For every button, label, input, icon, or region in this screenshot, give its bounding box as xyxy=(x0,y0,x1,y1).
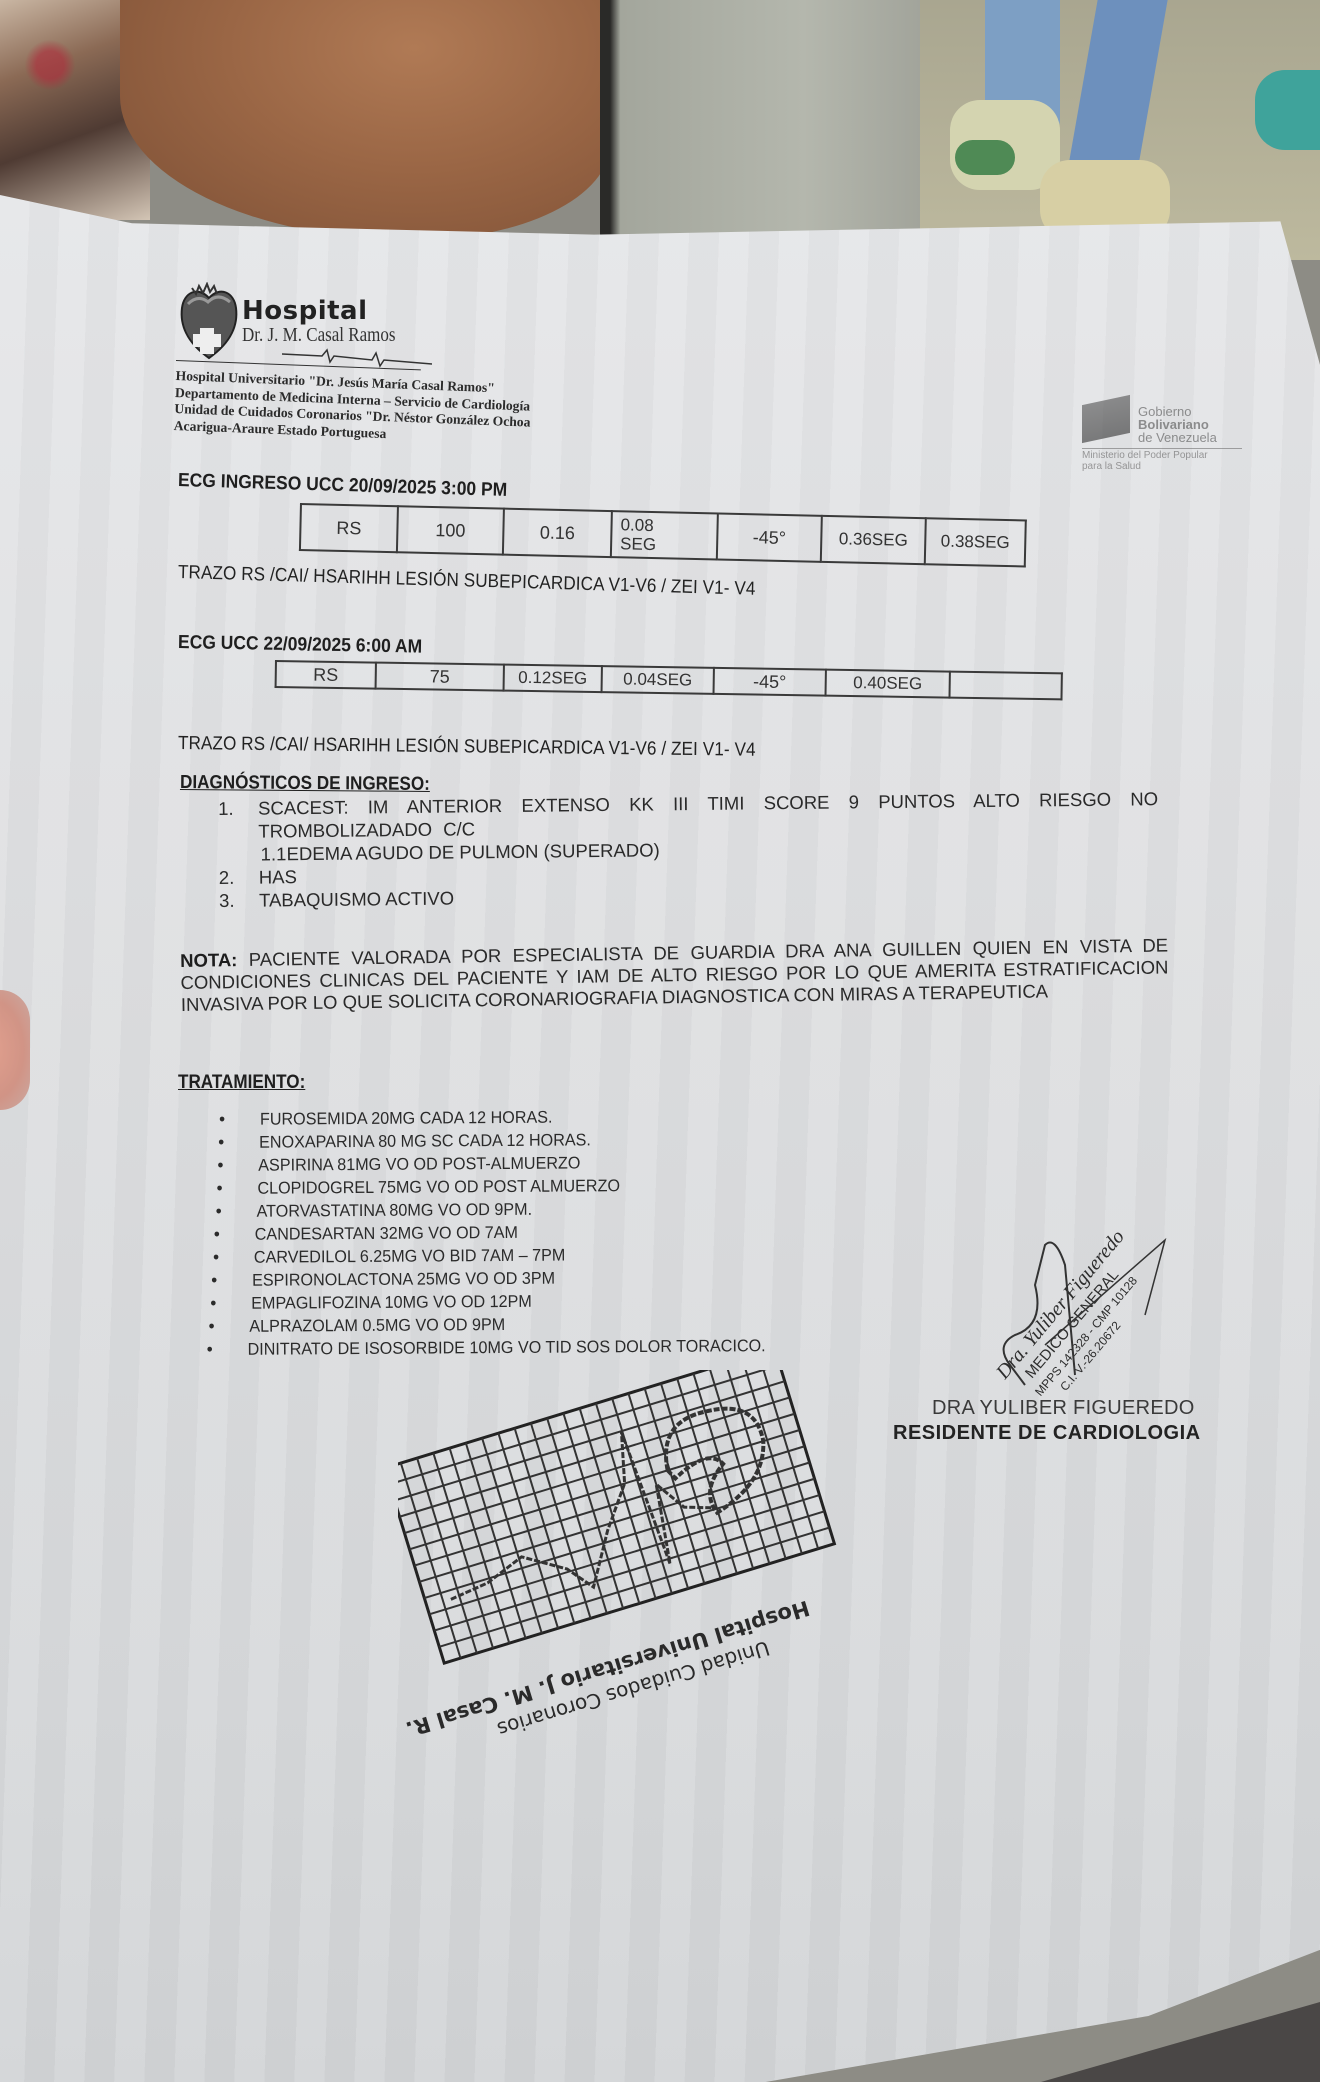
ecg-admission-trace: TRAZO RS /CAI/ HSARIHH LESIÓN SUBEPICARD… xyxy=(178,562,756,601)
diagnosis-item: 1. SCACEST: IM ANTERIOR EXTENSO KK III T… xyxy=(218,787,1158,843)
diagnosis-text: TABAQUISMO ACTIVO xyxy=(259,887,454,912)
diagnosis-text: SCACEST: IM ANTERIOR EXTENSO KK III TIMI… xyxy=(258,787,1158,842)
ecg-admission-table: RS 100 0.16 0.08 SEG -45° 0.36SEG 0.38SE… xyxy=(299,503,1027,567)
diagnosis-heading: DIAGNÓSTICOS DE INGRESO: xyxy=(180,772,430,796)
table-cell-rate: 75 xyxy=(376,663,504,691)
note-label: NOTA: xyxy=(180,949,238,971)
ecg-followup-trace: TRAZO RS /CAI/ HSARIHH LESIÓN SUBEPICARD… xyxy=(178,733,756,762)
table-cell-rhythm: RS xyxy=(300,504,398,552)
gov-logo-text: para la Salud xyxy=(1082,461,1208,472)
government-logo: Gobierno Bolivariano de Venezuela Minist… xyxy=(1082,392,1252,472)
table-row: RS 75 0.12SEG 0.04SEG -45° 0.40SEG xyxy=(276,661,1062,699)
ecg-admission-title: ECG INGRESO UCC 20/09/2025 3:00 PM xyxy=(178,470,508,502)
hospital-heart-logo-icon xyxy=(178,282,240,360)
diagnosis-list: 1. SCACEST: IM ANTERIOR EXTENSO KK III T… xyxy=(218,787,1159,912)
hospital-subtitle: Dr. J. M. Casal Ramos xyxy=(242,324,395,347)
medical-report: Hospital Dr. J. M. Casal Ramos Hospital … xyxy=(0,0,1320,2082)
diagnosis-text: EDEMA AGUDO DE PULMON (SUPERADO) xyxy=(286,838,659,865)
table-cell-qt: 0.40SEG xyxy=(826,670,950,698)
hospital-info: Hospital Universitario "Dr. Jesús María … xyxy=(173,368,532,448)
stamp-license: MPPS 142328 - CMP 10128 xyxy=(1032,1274,1140,1399)
gov-logo-divider xyxy=(1082,448,1242,449)
venezuela-flag-icon xyxy=(1082,395,1130,443)
ecg-followup-table: RS 75 0.12SEG 0.04SEG -45° 0.40SEG xyxy=(275,660,1063,700)
stamp-hospital-line: Hospital Universitario J. M. Casal R. xyxy=(403,1596,812,1742)
gov-logo-text: de Venezuela xyxy=(1138,430,1217,445)
diagnosis-number: 2. xyxy=(219,866,259,889)
treatment-list: FUROSEMIDA 20MG CADA 12 HORAS. ENOXAPARI… xyxy=(215,1103,937,1361)
diagnosis-number: 1.1 xyxy=(260,842,286,865)
table-cell-axis: -45° xyxy=(714,668,826,696)
table-cell-axis: -45° xyxy=(717,513,822,561)
table-cell-qt: 0.36SEG xyxy=(821,516,926,564)
table-cell-pr: 0.16 xyxy=(503,509,612,557)
diagnosis-number: 3. xyxy=(219,889,259,912)
table-cell-qtc xyxy=(949,672,1061,700)
treatment-item: DINITRATO DE ISOSORBIDE 10MG VO TID SOS … xyxy=(207,1333,901,1361)
hospital-title: Hospital xyxy=(242,296,368,326)
gov-logo-ministry: Ministerio del Poder Popular para la Sal… xyxy=(1082,450,1208,472)
gov-logo-text: Ministerio del Poder Popular xyxy=(1082,450,1208,461)
doctor-role: RESIDENTE DE CARDIOLOGIA xyxy=(893,1422,1201,1445)
ecg-followup-title: ECG UCC 22/09/2025 6:00 AM xyxy=(178,632,423,659)
doctor-signature-stamp: Dra. Yuliber Figueredo MEDICO GENERAL MP… xyxy=(985,1205,1185,1405)
table-cell-qtc: 0.38SEG xyxy=(925,518,1026,566)
table-cell-pr: 0.12SEG xyxy=(504,665,602,693)
note-text: PACIENTE VALORADA POR ESPECIALISTA DE GU… xyxy=(180,934,1168,1015)
diagnosis-number: 1. xyxy=(218,797,258,843)
coronary-unit-stamp: Unidad Cuidados Coronarios Hospital Univ… xyxy=(398,1370,898,1750)
table-cell-rate: 100 xyxy=(397,506,504,554)
table-row: RS 100 0.16 0.08 SEG -45° 0.36SEG 0.38SE… xyxy=(300,504,1026,566)
clinical-note: NOTA: PACIENTE VALORADA POR ESPECIALISTA… xyxy=(180,934,1169,1016)
diagnosis-text: HAS xyxy=(259,865,297,888)
treatment-heading: TRATAMIENTO: xyxy=(178,1072,305,1094)
table-cell-qrs: 0.04SEG xyxy=(602,666,714,694)
table-cell-rhythm: RS xyxy=(276,661,376,689)
doctor-name: DRA YULIBER FIGUEREDO xyxy=(932,1397,1195,1420)
table-cell-qrs: 0.08 SEG xyxy=(611,511,718,559)
